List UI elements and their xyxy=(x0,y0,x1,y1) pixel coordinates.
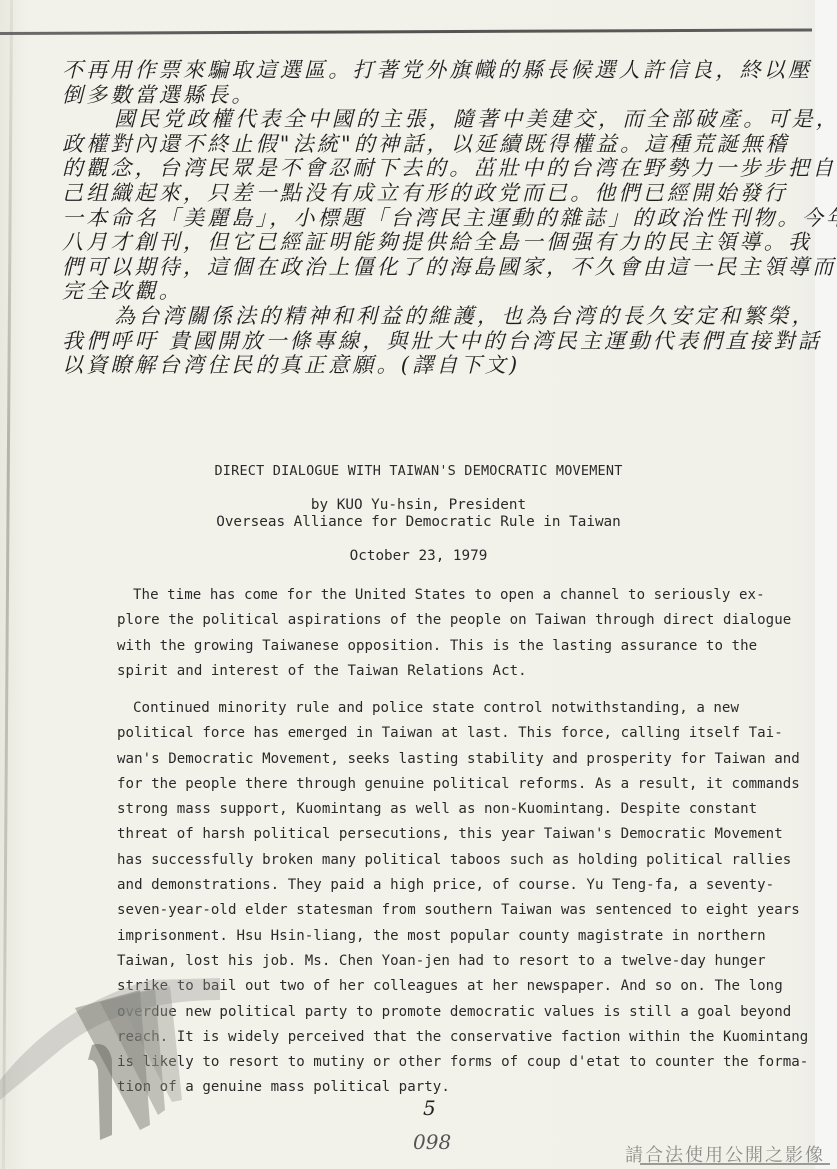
handwritten-line: 國民党政權代表全中國的主張，隨著中美建交，而全部破產。可是，這個 xyxy=(62,107,822,132)
paragraph-line: seven-year-old elder statesman from sout… xyxy=(117,898,797,923)
handwritten-line: 八月才創刊，但它已經証明能夠提供給全島一個强有力的民主領導。我 xyxy=(62,230,822,255)
paragraph-line: has successfully broken many political t… xyxy=(117,848,797,873)
paragraph-line: spirit and interest of the Taiwan Relati… xyxy=(117,659,797,684)
paragraph-line: for the people there through genuine pol… xyxy=(117,772,797,797)
handwritten-line: 己组織起來，只差一點没有成立有形的政党而已。他們已經開始發行 xyxy=(62,181,822,206)
paragraph-line: reach. It is widely perceived that the c… xyxy=(117,1025,797,1050)
paragraph-line: plore the political aspirations of the p… xyxy=(117,608,797,633)
paragraph-line: overdue new political party to promote d… xyxy=(117,1000,797,1025)
paragraph-line: strong mass support, Kuomintang as well … xyxy=(117,797,797,822)
article-paragraph-1: The time has come for the United States … xyxy=(117,583,797,684)
handwritten-line: 政權對內還不終止假"法統"的神話，以延續既得權益。這種荒誕無稽 xyxy=(62,132,822,157)
paragraph-line: is likely to resort to mutiny or other f… xyxy=(117,1050,797,1075)
handwritten-line: 為台湾關係法的精神和利益的維護，也為台湾的長久安定和繁榮， xyxy=(62,304,822,329)
paragraph-line: wan's Democratic Movement, seeks lasting… xyxy=(117,747,797,772)
paragraph-line: and demonstrations. They paid a high pri… xyxy=(117,873,797,898)
paragraph-line: Continued minority rule and police state… xyxy=(117,696,797,721)
handwritten-line: 我們呼吁 貴國開放一條專線，與壯大中的台湾民主運動代表們直接對話 xyxy=(62,329,822,354)
top-divider-line xyxy=(0,28,812,35)
paragraph-line: political force has emerged in Taiwan at… xyxy=(117,721,797,746)
paragraph-line: The time has come for the United States … xyxy=(117,583,797,608)
author-organization: Overseas Alliance for Democratic Rule in… xyxy=(0,514,837,530)
scanned-document-page: 不再用作票來騙取這選區。打著党外旗幟的縣長候選人許信良，終以壓倒多數當選縣長。國… xyxy=(0,0,837,1169)
page-fold-shadow xyxy=(2,0,13,1169)
page-number: 5 xyxy=(423,1096,436,1120)
handwritten-line: 一本命名「美麗島」，小標題「台湾民主運動的雜誌」的政治性刊物。今年 xyxy=(62,206,822,231)
paragraph-line: tion of a genuine mass political party. xyxy=(117,1075,797,1100)
article-paragraph-2: Continued minority rule and police state… xyxy=(117,696,797,1101)
paragraph-line: threat of harsh political persecutions, … xyxy=(117,822,797,847)
bottom-divider-line xyxy=(640,1163,830,1165)
handwritten-line: 以資瞭解台湾住民的真正意願。(譯自下文) xyxy=(62,353,822,378)
article-byline: by KUO Yu-hsin, President xyxy=(0,497,837,513)
paragraph-line: strike to bail out two of her colleagues… xyxy=(117,974,797,999)
archive-number: 098 xyxy=(413,1130,451,1154)
handwritten-line: 完全改觀。 xyxy=(62,279,822,304)
paragraph-line: imprisonment. Hsu Hsin-liang, the most p… xyxy=(117,924,797,949)
handwritten-line: 們可以期待，這個在政治上僵化了的海島國家，不久會由這一民主領導而 xyxy=(62,255,822,280)
paragraph-line: Taiwan, lost his job. Ms. Chen Yoan-jen … xyxy=(117,949,797,974)
handwritten-line: 的觀念，台湾民眾是不會忍耐下去的。茁壯中的台湾在野勢力一步步把自 xyxy=(62,156,822,181)
handwritten-line: 不再用作票來騙取這選區。打著党外旗幟的縣長候選人許信良，終以壓 xyxy=(62,58,822,83)
article-title: DIRECT DIALOGUE WITH TAIWAN'S DEMOCRATIC… xyxy=(0,463,837,479)
handwritten-line: 倒多數當選縣長。 xyxy=(62,83,822,108)
paragraph-line: with the growing Taiwanese opposition. T… xyxy=(117,634,797,659)
handwritten-chinese-section: 不再用作票來騙取這選區。打著党外旗幟的縣長候選人許信良，終以壓倒多數當選縣長。國… xyxy=(62,58,822,378)
article-date: October 23, 1979 xyxy=(0,548,837,564)
